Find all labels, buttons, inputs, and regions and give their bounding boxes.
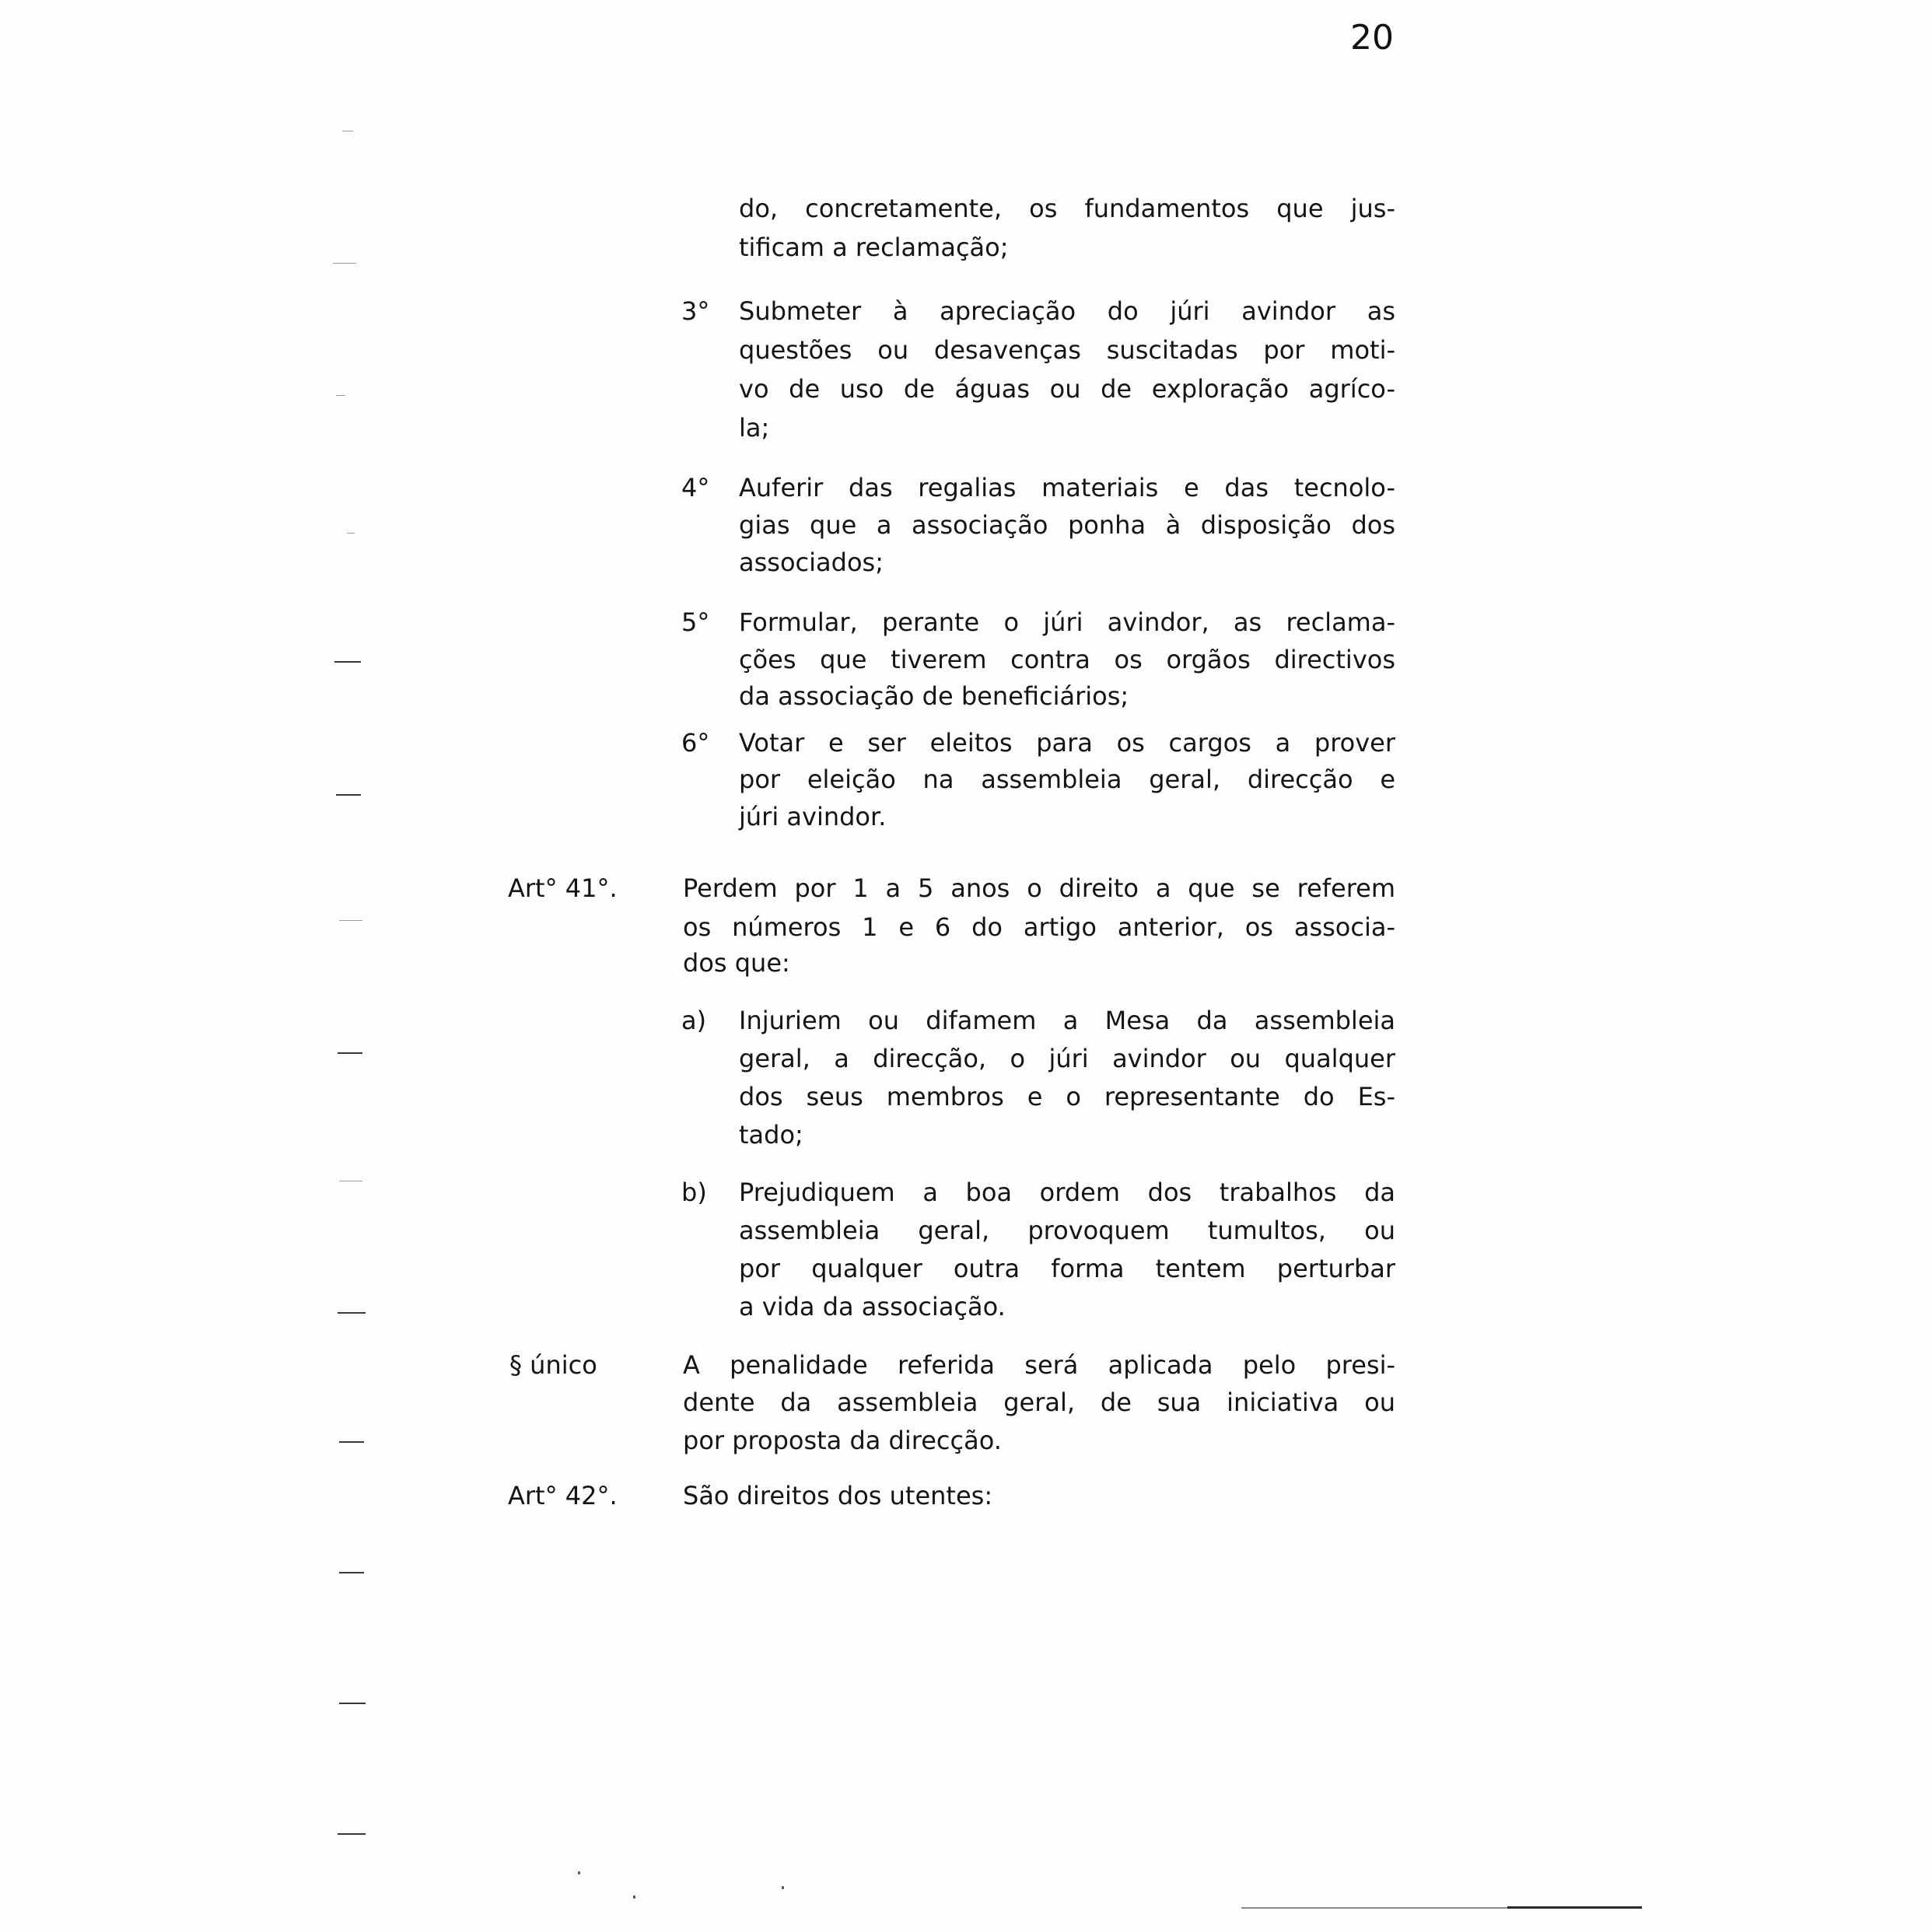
footer-rule bbox=[1507, 1906, 1642, 1909]
margin-mark bbox=[338, 1833, 366, 1835]
item-number: 6° bbox=[681, 727, 709, 758]
text-line: por proposta da direcção. bbox=[683, 1425, 1002, 1456]
text-line: júri avindor. bbox=[739, 801, 886, 832]
margin-mark bbox=[338, 1312, 366, 1314]
margin-mark bbox=[347, 533, 355, 534]
text-line: Votar e ser eleitos para os cargos a pro… bbox=[739, 727, 1395, 758]
text-line: por eleição na assembleia geral, direcçã… bbox=[739, 764, 1395, 795]
text-line: questões ou desavenças suscitadas por mo… bbox=[739, 334, 1395, 366]
scan-speck bbox=[782, 1886, 784, 1889]
margin-mark bbox=[339, 1441, 364, 1443]
text-line: tificam a reclamação; bbox=[739, 232, 1009, 263]
text-line: dente da assembleia geral, de sua inicia… bbox=[683, 1387, 1395, 1418]
text-line: São direitos dos utentes: bbox=[683, 1480, 992, 1511]
text-line: dos que: bbox=[683, 947, 790, 978]
article-label: Art° 41°. bbox=[508, 873, 618, 904]
margin-mark bbox=[334, 661, 361, 663]
item-number: 5° bbox=[681, 607, 709, 638]
item-number: 4° bbox=[681, 472, 709, 503]
scan-speck bbox=[578, 1871, 580, 1874]
scan-speck bbox=[633, 1895, 635, 1899]
text-line: do, concretamente, os fundamentos que ju… bbox=[739, 193, 1395, 224]
margin-mark bbox=[336, 794, 361, 796]
margin-mark bbox=[339, 1572, 364, 1573]
subitem-letter: b) bbox=[681, 1177, 707, 1208]
text-line: Prejudiquem a boa ordem dos trabalhos da bbox=[739, 1177, 1395, 1208]
text-line: dos seus membros e o representante do Es… bbox=[739, 1081, 1395, 1112]
text-line: Injuriem ou difamem a Mesa da assembleia bbox=[739, 1005, 1395, 1036]
text-line: os números 1 e 6 do artigo anterior, os … bbox=[683, 912, 1395, 943]
margin-mark bbox=[339, 1703, 366, 1704]
document-page: 20 do, concretamente, os fundamentos que… bbox=[0, 0, 1932, 1932]
text-line: ções que tiverem contra os orgãos direct… bbox=[739, 644, 1395, 675]
subitem-letter: a) bbox=[681, 1005, 706, 1036]
text-line: A penalidade referida será aplicada pelo… bbox=[683, 1349, 1395, 1381]
text-line: da associação de beneficiários; bbox=[739, 681, 1129, 712]
text-line: associados; bbox=[739, 547, 884, 578]
text-line: Formular, perante o júri avindor, as rec… bbox=[739, 607, 1395, 638]
text-line: a vida da associação. bbox=[739, 1291, 1006, 1322]
margin-mark bbox=[336, 395, 345, 396]
text-line: geral, a direcção, o júri avindor ou qua… bbox=[739, 1043, 1395, 1074]
text-line: por qualquer outra forma tentem perturba… bbox=[739, 1253, 1395, 1284]
page-number: 20 bbox=[1350, 19, 1394, 58]
item-number: 3° bbox=[681, 296, 709, 327]
text-line: tado; bbox=[739, 1119, 803, 1150]
footer-rule-light bbox=[1241, 1907, 1510, 1909]
text-line: Submeter à apreciação do júri avindor as bbox=[739, 296, 1395, 327]
text-line: Perdem por 1 a 5 anos o direito a que se… bbox=[683, 873, 1395, 904]
article-label: Art° 42°. bbox=[508, 1480, 618, 1511]
margin-mark bbox=[339, 1181, 362, 1181]
margin-mark bbox=[333, 263, 356, 264]
text-line: gias que a associação ponha à disposição… bbox=[739, 509, 1395, 541]
text-line: assembleia geral, provoquem tumultos, ou bbox=[739, 1215, 1395, 1246]
text-line: vo de uso de águas ou de exploração agrí… bbox=[739, 373, 1395, 404]
margin-mark bbox=[342, 131, 353, 131]
text-line: la; bbox=[739, 412, 769, 443]
paragraph-label: § único bbox=[509, 1349, 597, 1381]
margin-mark bbox=[338, 1052, 362, 1054]
margin-mark bbox=[339, 920, 362, 921]
text-line: Auferir das regalias materiais e das tec… bbox=[739, 472, 1395, 503]
